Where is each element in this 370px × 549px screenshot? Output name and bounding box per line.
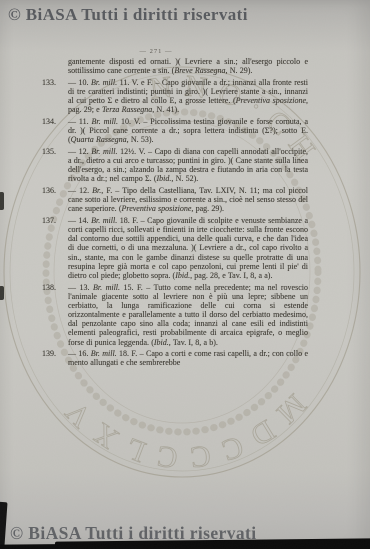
text-segment: Preventiva sposizione [121, 204, 191, 213]
catalog-entry: 138.— 13. Br. mill. 15. F. – Tutto come … [42, 283, 308, 347]
text-segment: , pag. 29). [191, 204, 224, 213]
entries: gantemente disposti ed ornati. )( Levrie… [42, 57, 308, 370]
scan-edge-mark [0, 502, 8, 547]
entry-text: gantemente disposti ed ornati. )( Levrie… [68, 57, 308, 75]
text-segment: — 13. [68, 283, 93, 292]
text-segment: , N. 53). [127, 135, 154, 144]
entry-text: — 14. Br. mill. 18. F. – Capo giovanile … [68, 216, 308, 280]
text-segment: , N. 41). [152, 105, 179, 114]
text-segment: Br. mill. [91, 147, 117, 156]
entry-text: — 10. Br. mill. 11. V. e F. – Capo giova… [68, 78, 308, 114]
watermark-top: © BiASA Tutti i diritti riservati [8, 5, 248, 25]
text-segment: Quarta Rassegna [71, 135, 127, 144]
text-segment: , N. 52). [171, 174, 198, 183]
text-segment: — 12. [68, 147, 91, 156]
catalog-entry: 139.— 16. Br. mill. 18. F. – Capo a cort… [42, 349, 308, 367]
page-number: — 271 — [0, 48, 312, 55]
entry-number: 139. [42, 349, 68, 358]
text-segment: — 11. [68, 117, 92, 126]
entry-text: — 13. Br. mill. 15. F. – Tutto come nell… [68, 283, 308, 347]
catalog-entry: gantemente disposti ed ornati. )( Levrie… [42, 57, 308, 75]
catalog-entry: 135.— 12. Br. mill. 12½. V. – Capo di di… [42, 147, 308, 184]
text-segment: Br. mill. [91, 78, 117, 87]
entry-text: — 12. Br. mill. 12½. V. – Capo di diana … [68, 147, 308, 183]
entry-number: 134. [42, 117, 68, 126]
left-margin-smudge [0, 192, 4, 210]
text-segment: Ibid. [175, 271, 190, 280]
stamp-lower-letters: MDCCCLXV [51, 387, 312, 474]
catalog-entry: 133.— 10. Br. mill. 11. V. e F. – Capo g… [42, 78, 308, 115]
text-segment: Br. mill. [93, 283, 120, 292]
scanned-page: NNO·CH MDCCCLXV © BiASA Tutti i diritti … [0, 0, 370, 549]
catalog-entry: 136.— 12. Br., F. – Tipo della Castellia… [42, 186, 308, 213]
catalog-entry: 134.— 11. Br. mill. 10. V. – Piccolissim… [42, 117, 308, 144]
text-segment: Ibid. [157, 174, 172, 183]
entry-text: — 16. Br. mill. 18. F. – Capo a corti e … [68, 349, 308, 367]
text-segment: — 14. [68, 216, 91, 225]
catalog-entry: 137.— 14. Br. mill. 18. F. – Capo giovan… [42, 216, 308, 280]
entry-number: 136. [42, 186, 68, 195]
text-segment: — 16. [68, 349, 91, 358]
svg-text:MDCCCLXV: MDCCCLXV [51, 387, 312, 474]
entry-text: — 11. Br. mill. 10. V. – Piccolissima te… [68, 117, 308, 144]
text-segment: Br. mill. [91, 216, 117, 225]
text-segment: Br. [92, 186, 101, 195]
text-segment: Br. mill. [91, 349, 117, 358]
text-segment: Breve Rassegna [174, 66, 225, 75]
text-segment: Ibid. [154, 338, 169, 347]
entry-text: — 12. Br., F. – Tipo della Castelliana, … [68, 186, 308, 213]
entry-number: 137. [42, 216, 68, 225]
text-segment: Terza Rassegna [102, 105, 152, 114]
entry-number: 133. [42, 78, 68, 87]
text-segment: — 12. [68, 186, 92, 195]
text-segment: — 10. [68, 78, 91, 87]
text-segment: Br. mill. [92, 117, 118, 126]
text-segment: , N. 29). [226, 66, 253, 75]
text-segment: , pag. 28, e Tav. I, 8, a a). [190, 271, 272, 280]
text-segment: , Tav. I, 8, a b). [169, 338, 218, 347]
left-margin-smudge [0, 286, 4, 300]
entry-number: 138. [42, 283, 68, 292]
text-segment: Preventiva sposizione [236, 96, 306, 105]
entry-number: 135. [42, 147, 68, 156]
